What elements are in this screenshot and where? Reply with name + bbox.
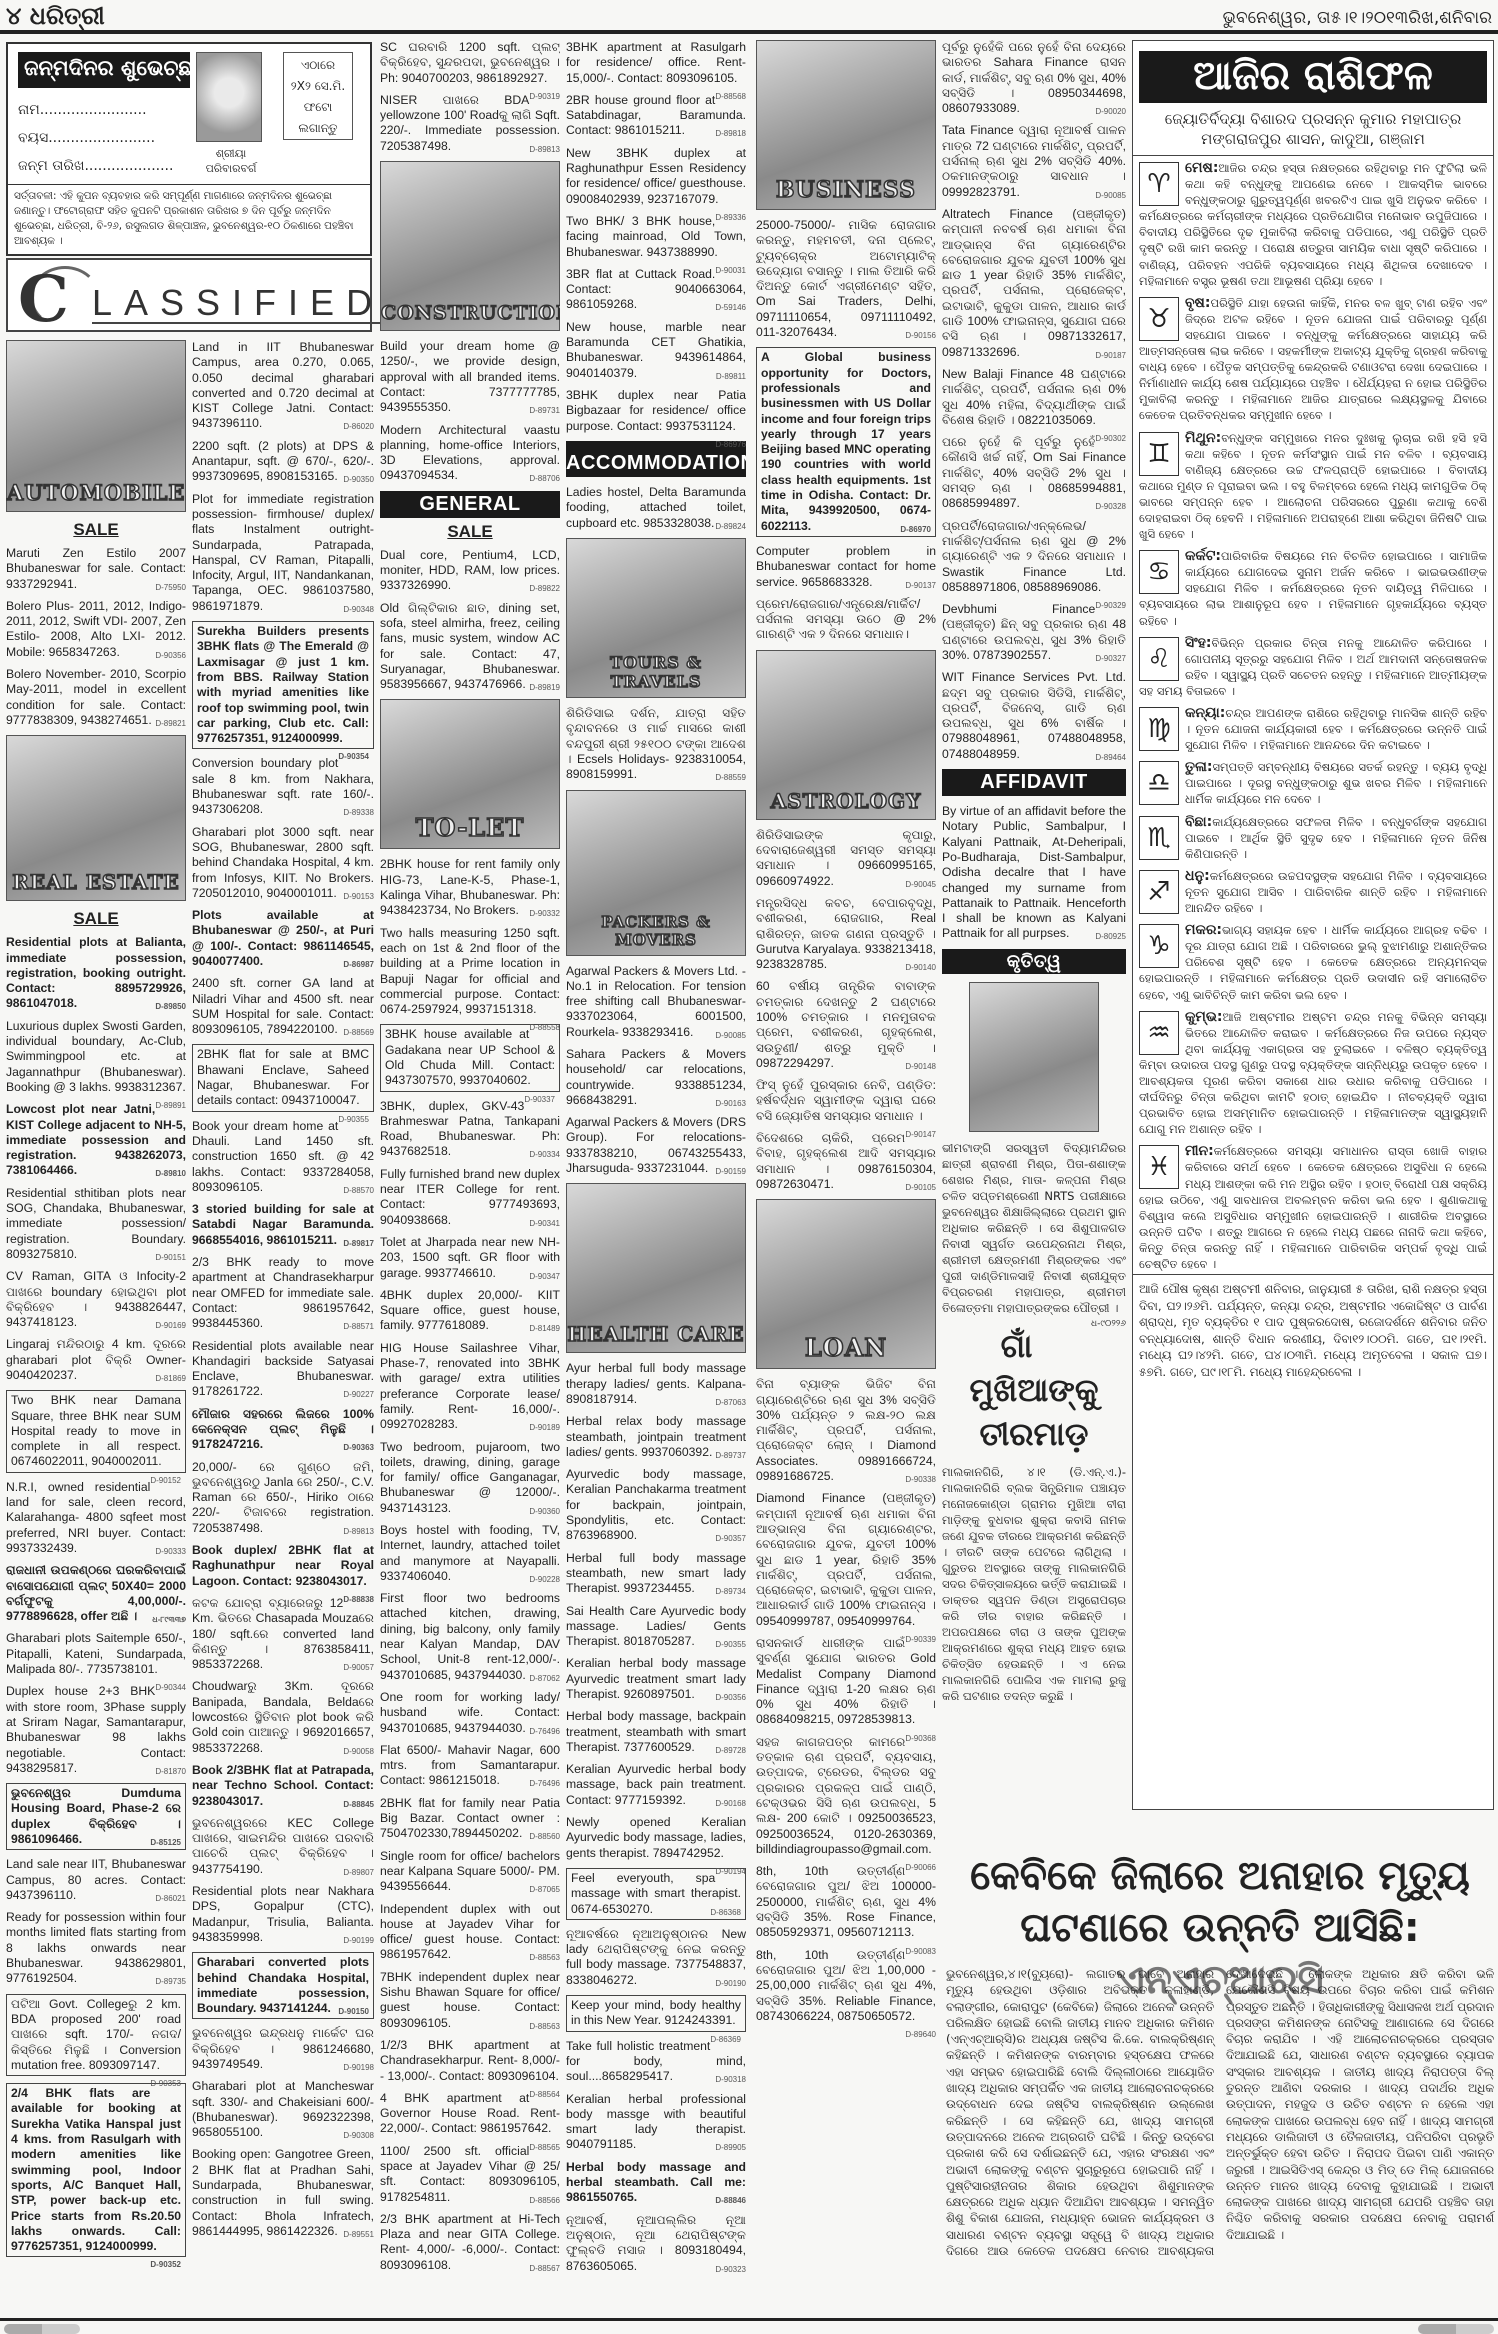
classified-ad: Residential plots at Balianta, immediate… xyxy=(6,935,186,1011)
ad-code: D-88845 xyxy=(343,1797,374,1812)
classified-ad: Two BHK near Damana Square, three BHK ne… xyxy=(6,1390,186,1472)
classified-ad: CV Raman, GITA ଓ Infocity-2 ପାଖରେ bounda… xyxy=(6,1269,186,1330)
ad-text: Plot for immediate registration possessi… xyxy=(192,492,374,613)
ad-code: D-89811 xyxy=(716,369,746,384)
name-field: ନାମ........................ xyxy=(18,102,147,118)
ad-code: D-90368 xyxy=(905,1731,936,1746)
ad-text: Two halls measuring 1250 sqft. each on 1… xyxy=(380,926,560,1016)
sign-name: କର୍କଟ: xyxy=(1185,548,1221,564)
health-care-image: HEALTH CARE xyxy=(566,1183,746,1353)
ad-code: D-90341 xyxy=(529,1216,560,1231)
ad-code: D-90328 xyxy=(1095,499,1126,514)
horoscope-list: ♈ମେଷ:ଆଜିର ଚନ୍ଦ୍ର ହସ୍ତା ନକ୍ଷତ୍ରରେ ରହିଥିବା… xyxy=(1133,156,1493,1274)
ad-text: New Balaji Finance 48 ଘଣ୍ଟାରେ ମାର୍କଶିଟ୍,… xyxy=(942,367,1126,427)
ad-code: D-88846 xyxy=(715,2193,746,2208)
classified-ad: Conversion boundary plot sale 8 km. from… xyxy=(192,756,374,817)
loan-ads: ବିନା ବ୍ୟାଙ୍କ ଭିଜିଟ ବିନା ଗ୍ୟାରେଣ୍ଟିରେ ଋଣ … xyxy=(756,1377,936,2024)
ad-code: D-90347 xyxy=(529,1269,560,1284)
ad-code: D-90020 xyxy=(1095,104,1126,119)
classified-ad: Dual core, Pentium4, LCD, moniter, HDD, … xyxy=(380,548,560,594)
ad-code: D-88567 xyxy=(529,2261,560,2276)
sign-name: ମୀନ: xyxy=(1185,1143,1214,1159)
sign-name: ସିଂହ: xyxy=(1185,635,1212,651)
classified-ad: ପରେ ନୁହେଁ କି ପୂର୍ବରୁ ନୁହେଁ କୌଣସି ଖର୍ଚ୍ଚ … xyxy=(942,435,1126,511)
ad-text: A Global business opportunity for Doctor… xyxy=(761,350,931,532)
classified-ad: 25000-75000/- ମାସିକ ରୋଜଗାର କରନ୍ତୁ, ମହମବତ… xyxy=(756,218,936,340)
classified-ad: Sahara Packers & Movers household/ car r… xyxy=(566,1047,746,1108)
ad-code: D-90198 xyxy=(343,2060,374,2075)
classified-ad: Keralian Ayurvedic herbal body massage, … xyxy=(566,1762,746,1808)
ad-code: D-90085 xyxy=(715,1028,746,1043)
ad-code: D-86020 xyxy=(343,419,374,434)
ad-code: D-89640 xyxy=(905,2027,936,2042)
classified-ad: 2/3 BHK ready to move apartment at Chand… xyxy=(192,1255,374,1331)
classified-ad: Surekha Builders presents 3BHK flats @ T… xyxy=(192,621,374,749)
classified-ad: 7BHK independent duplex near Sishu Bhawa… xyxy=(380,1970,560,2031)
ad-code: D-89813 xyxy=(529,142,560,157)
ad-code: D-90318 xyxy=(715,2072,746,2087)
ad-code: D-90319 xyxy=(529,89,560,104)
classified-ad: Residential plots near Nakhara DPS, Gopa… xyxy=(192,1884,374,1945)
ad-code: D-88570 xyxy=(343,1183,374,1198)
ad-code: D-88558 xyxy=(529,1020,560,1035)
classified-ad: Bolero Plus- 2011, 2012, Indigo- 2011, 2… xyxy=(6,599,186,660)
classified-ad: ସହଜ କାଗଜପତ୍ର କାମରେ ତତ୍କାଳ ଋଣ ପ୍ରପର୍ଟି, ବ… xyxy=(756,1735,936,1857)
ad-code: D-88564 xyxy=(529,2087,560,2102)
sign-prediction: ବନ୍ଧୁଙ୍କ ସମ୍ମୁଖରେ ମନର ଦୁଃଖକୁ ଲୁଚାଇ ରଖି ହ… xyxy=(1139,431,1487,542)
sign-name: ମିଥୁନ: xyxy=(1185,430,1221,446)
business-ads: 25000-75000/- ମାସିକ ରୋଜଗାର କରନ୍ତୁ, ମହମବତ… xyxy=(756,218,936,643)
classified-ad: Residential plots available near Khandag… xyxy=(192,1339,374,1400)
ad-text: Booking open: Gangotree Green, 2 BHK fla… xyxy=(192,2147,374,2237)
ad-text: ପ୍ରେମ/ରୋଜଗାର/ଏନ୍ତ୍ରେକ୍ଷ/ମାର୍କିଟ/ପର୍ସନାଲ … xyxy=(756,597,936,642)
ad-code: D-90085 xyxy=(1095,188,1126,203)
classified-ad: First floor two bedrooms attached kitche… xyxy=(380,1591,560,1683)
horoscope-sign: ♑ମକର:ଭାଗ୍ୟ ସହାୟକ ହେବ । ଧାର୍ମିକ କାର୍ଯ୍ୟରେ… xyxy=(1133,918,1493,1004)
ad-code: D-89819 xyxy=(529,680,560,695)
column-4: 3BHK apartment at Rasulgarh for residenc… xyxy=(566,40,746,2315)
construction-ads: Build your dream home @ 1250/-, we provi… xyxy=(380,339,560,484)
horoscope-sign: ♒କୁମ୍ଭ:ଆଜି ଅଷ୍ଟମୀର ଅଷ୍ଟମ ଚନ୍ଦ୍ର ମନକୁ ବିଭ… xyxy=(1133,1005,1493,1140)
ad-code: D-90153 xyxy=(343,889,374,904)
classified-ad: Land sale near IIT, Bhubaneswar Campus, … xyxy=(6,1857,186,1903)
classified-ad: SC ଘରବାରି 1200 sqft. ପ୍ଲଟ୍ ବିକ୍ରିହେବ, ସୁ… xyxy=(380,40,560,86)
classified-ad: 1/2/3 BHK apartment at Chandrasekharpur.… xyxy=(380,2038,560,2084)
ad-code: D-88559 xyxy=(715,770,746,785)
classified-ad: 2/3 BHK apartment at Hi-Tech Plaza and n… xyxy=(380,2212,560,2273)
ad-code: D-76496 xyxy=(529,1724,560,1739)
classified-ad: Ladies hostel, Delta Baramunda fooding, … xyxy=(566,485,746,531)
classified-ad: Old ଗିଲ୍ଟିକାର ଛାତ, dining set, sofa, ste… xyxy=(380,601,560,693)
horoscope-sign: ♊ମିଥୁନ:ବନ୍ଧୁଙ୍କ ସମ୍ମୁଖରେ ମନର ଦୁଃଖକୁ ଲୁଚା… xyxy=(1133,426,1493,545)
classified-ad: 60 ବର୍ଷୀୟ ତାନ୍ତ୍ରିକ ବାବାଙ୍କ ଚମତ୍କାର ଦେଖନ… xyxy=(756,979,936,1071)
zodiac-icon: ♐ xyxy=(1139,870,1179,914)
ad-code: D-86976 xyxy=(715,437,746,452)
ad-code: D-89464 xyxy=(1095,750,1126,765)
to-let-ads: 2BHK house for rent family only HIG-73, … xyxy=(380,857,560,2273)
ad-code: D-89810 xyxy=(155,1166,186,1181)
classified-ad: Herbal body massage, backpain treatment,… xyxy=(566,1709,746,1755)
ad-code: D-86970 xyxy=(900,522,931,537)
classified-ad: 2/4 BHK flats are available for booking … xyxy=(6,2083,186,2257)
baby-photo xyxy=(196,52,262,142)
classified-ad: Computer problem in Bhubaneswar contact … xyxy=(756,544,936,590)
classified-ad: Lingaraj ମନ୍ଦିରଠାରୁ 4 km. ଦୂରରେ gharabar… xyxy=(6,1337,186,1383)
ad-code: D-89735 xyxy=(155,1974,186,1989)
ad-code: D-76496 xyxy=(529,1776,560,1791)
ad-text: New 3BHK duplex at Raghunathpur Essen Re… xyxy=(566,146,746,206)
ad-code: D-90357 xyxy=(715,1531,746,1546)
ad-code: D-89734 xyxy=(715,1584,746,1599)
classified-ad: Lowcost plot near Jatni, KIST College ad… xyxy=(6,1102,186,1178)
ad-text: ପ୍ରପର୍ଟି/ରୋଜଗାର/ଏନ୍‌କ୍ଲେଭ/ମାର୍କଶିଟ୍/ପର୍ସ… xyxy=(942,519,1126,594)
ad-text: Duplex house 2+3 BHK with store room, 3P… xyxy=(6,1684,186,1774)
ad-code: D-90356 xyxy=(715,1690,746,1705)
classified-ad: Maruti Zen Estilo 2007 Bhubaneswar for s… xyxy=(6,546,186,592)
ad-text: Surekha Builders presents 3BHK flats @ T… xyxy=(197,624,369,745)
ad-code: D-90308 xyxy=(343,2128,374,2143)
photo-placeholder-box: ଏଠାରେ ୨X୨ ସେ.ମି. ଫଟୋ ଲଗାନ୍ତୁ xyxy=(283,52,353,140)
classified-ad: WIT Finance Services Pvt. Ltd. ଛଦ୍ମ ସବୁ … xyxy=(942,670,1126,762)
classified-ad: New Balaji Finance 48 ଘଣ୍ଟାରେ ମାର୍କଶିଟ୍,… xyxy=(942,367,1126,428)
automobile-ads: Maruti Zen Estilo 2007 Bhubaneswar for s… xyxy=(6,546,186,728)
ad-code: D-89551 xyxy=(343,2227,374,2242)
masthead: ୪ ଧରିତ୍ରୀ ଭୁବନେଶ୍ୱର, ତା୫।୧।୨୦୧୩ରିଖ,ଶନିବା… xyxy=(0,0,1498,32)
classified-ad: Single room for office/ bachelors near K… xyxy=(380,1849,560,1895)
ad-code: D-90137 xyxy=(905,578,936,593)
classified-ad: Newly opened Keralian Ayurvedic body mas… xyxy=(566,1815,746,1861)
classified-ad: ଭୁବନେଶ୍ୱରରେ KEC College ପାଖରେ, ସାଇମନ୍ଦିର… xyxy=(192,1816,374,1877)
ad-text: 3BHK apartment at Rasulgarh for residenc… xyxy=(566,40,746,85)
ad-code: D-87062 xyxy=(529,1671,560,1686)
ad-code: D-90352 xyxy=(150,2257,181,2272)
ad-text: Gharabari plots Saitemple 650/-, Pitapal… xyxy=(6,1631,186,1676)
classified-ad: Build your dream home @ 1250/-, we provi… xyxy=(380,339,560,415)
age-field: ବୟସ........................ xyxy=(18,130,155,146)
ad-text: Book duplex/ 2BHK flat at Raghunathpur n… xyxy=(192,1543,374,1588)
ad-code: D-88563 xyxy=(529,1950,560,1965)
ad-code: D-88563 xyxy=(529,2019,560,2034)
achievement-text: ଭୀମଟାଙ୍ଗି ସରସ୍ୱତୀ ବିଦ୍ୟାମନ୍ଦିରର ଛାତ୍ରୀ ଶ… xyxy=(942,1140,1126,1316)
sign-prediction: ଆଜିର ଚନ୍ଦ୍ର ହସ୍ତା ନକ୍ଷତ୍ରରେ ରହିଥିବାରୁ ମନ… xyxy=(1139,161,1487,288)
ad-code: D-90350 xyxy=(343,472,374,487)
classified-ad: Tolet at Jharpada near new NH-203, 1500 … xyxy=(380,1235,560,1281)
health-ads: Ayur herbal full body massage therapy la… xyxy=(566,1361,746,2273)
classified-ad: Gharabari plot 3000 sqft. near SOG, Bhub… xyxy=(192,825,374,901)
photo-caption: ଶ୍ରୀୟା ପରିବାରବର୍ଗ xyxy=(196,146,266,176)
ad-code: D-88569 xyxy=(343,1025,374,1040)
dateline: ଭୁବନେଶ୍ୱର, ତା୫।୧।୨୦୧୩ରିଖ,ଶନିବାର xyxy=(1223,8,1492,28)
ad-code: D-90337 xyxy=(524,1092,555,1107)
classified-ad: Gharabari plot at Mancheswar sqft. 330/-… xyxy=(192,2079,374,2140)
classified-ad: 8th, 10th ଉତ୍ତୀର୍ଣ୍ଣ ବେରୋଜଗାର ପୁଅ/ ଝିଅ 1… xyxy=(756,1948,936,2024)
real-estate-image: REAL ESTATE xyxy=(6,735,186,901)
coupon-terms: ସର୍ତ୍ତାବଳୀ: ଏହି କୁପନ ବ୍ୟବହାର କରି ସମ୍ପୂର୍… xyxy=(8,184,370,253)
horoscope-sign: ♌ସିଂହ:ବିଭିନ୍ନ ପ୍ରକାର ଚିନ୍ତା ମନକୁ ଆନ୍ଦୋଳି… xyxy=(1133,631,1493,701)
classified-ad: Herbal full body massage steambath, new … xyxy=(566,1551,746,1597)
ad-code: D-90187 xyxy=(1095,348,1126,363)
column-1: AUTOMOBILE SALE Maruti Zen Estilo 2007 B… xyxy=(6,340,186,2315)
classified-ad: 2BHK flat for sale at BMC Bhawani Enclav… xyxy=(192,1044,374,1111)
ad-code: D-89817 xyxy=(343,1236,374,1251)
classified-ad: Ready for possession within four months … xyxy=(6,1910,186,1986)
village-news-headline: ଗାଁ ମୁଖିଆଙ୍କୁ ତୀରମାଡ଼ xyxy=(942,1324,1126,1456)
sign-name: କନ୍ୟା: xyxy=(1185,705,1225,721)
ad-code: D-90339 xyxy=(905,1632,936,1647)
tours-ads: ଶିରିଡିସାଇ ଦର୍ଶନ, ଯାତ୍ରା ସହିତ ବୃନ୍ଦାବନରେ … xyxy=(566,706,746,782)
classified-ad: Residential sthitiban plots near SOG, Ch… xyxy=(6,1186,186,1262)
ad-code: D-86368 xyxy=(710,1905,741,1920)
real-estate-ads-2: Land in IIT Bhubaneswar Campus, area 0.2… xyxy=(192,340,374,2239)
ad-text: 3BHK duplex near Patia Bigbazaar for res… xyxy=(566,388,746,433)
column-5: BUSINESS 25000-75000/- ମାସିକ ରୋଜଗାର କରନ୍… xyxy=(756,40,936,2315)
ad-code: D-90363 xyxy=(343,1440,374,1455)
ad-text: ସହଜ କାଗଜପତ୍ର କାମରେ ତତ୍କାଳ ଋଣ ପ୍ରପର୍ଟି, ବ… xyxy=(756,1735,936,1856)
ad-code: D-90353 xyxy=(150,2076,181,2091)
ad-text: 25000-75000/- ମାସିକ ରୋଜଗାର କରନ୍ତୁ, ମହମବତ… xyxy=(756,218,936,339)
classified-ad: Choudwarରୁ 3Km. ଦୂରରେ Banipada, Bandala,… xyxy=(192,1679,374,1755)
tours-image: TOURS & TRAVELS xyxy=(566,538,746,698)
ad-code: D-88560 xyxy=(529,1829,560,1844)
ad-code: D-90045 xyxy=(905,877,936,892)
horoscope-sign: ♎ତୁଳା:ସମ୍ପତ୍ତି ସମ୍ବନ୍ଧୀୟ ବିଷୟରେ ସତର୍କ ରହ… xyxy=(1133,755,1493,809)
ad-code: D-90355 xyxy=(338,1112,369,1127)
classified-ad: Modern Architectural vaastu planning, ho… xyxy=(380,423,560,484)
sign-name: ବୃଷ: xyxy=(1185,295,1210,311)
dob-field: ଜନ୍ମ ତାରିଖ.................... xyxy=(18,158,173,174)
classified-ad: Altratech Finance (ପଞ୍ଜୀକୃତ) କମ୍ପାନୀ ନବବ… xyxy=(942,207,1126,360)
classified-ad: Agarwal Packers & Movers Ltd. - No.1 in … xyxy=(566,964,746,1040)
ad-text: Luxurious duplex Swosti Garden, individu… xyxy=(6,1019,186,1094)
classified-ad: କଟକ ଯୋବ୍ରା ବ୍ୟାରେଜରୁ 12 Km. ଭିତରେ Chasap… xyxy=(192,1596,374,1672)
classified-word: LASSIFIED xyxy=(92,284,384,324)
horoscope-sign: ♐ଧନୁ:କର୍ମକ୍ଷେତ୍ରରେ ଉଚ୍ଚପଦସ୍ଥଙ୍କ ସହଯୋଗ ମି… xyxy=(1133,864,1493,918)
classified-ad: Plots available at Bhubaneswar @ 250/-, … xyxy=(192,908,374,969)
classified-ad: Herbal relax body massage steambath, joi… xyxy=(566,1414,746,1460)
ad-code: D-90152 xyxy=(150,1473,181,1488)
classified-ad: Keralian herbal body massage Ayurvedic t… xyxy=(566,1656,746,1702)
sign-prediction: ଆଜି ଅଷ୍ଟମୀର ଅଷ୍ଟମ ଚନ୍ଦ୍ର ମନକୁ ବିଭିନ୍ନ ସମ… xyxy=(1139,1010,1487,1137)
ad-code: D-90228 xyxy=(529,1572,560,1587)
page-marker-left xyxy=(4,2324,80,2334)
classified-ad: A Global business opportunity for Doctor… xyxy=(756,347,936,537)
ad-code: D-90329 xyxy=(1095,598,1126,613)
ad-code: D-88838 xyxy=(343,1592,374,1607)
ad-text: Two BHK near Damana Square, three BHK ne… xyxy=(11,1393,181,1468)
finance-ads: ପୂର୍ବରୁ ନୁହେଁକି ପରେ ନୁହେଁ ବିନା ଦେୟରେ ଭାର… xyxy=(942,40,1126,762)
ad-code: D-89728 xyxy=(715,1743,746,1758)
column-6: ପୂର୍ବରୁ ନୁହେଁକି ପରେ ନୁହେଁ ବିନା ଦେୟରେ ଭାର… xyxy=(942,40,1126,1840)
business-image: BUSINESS xyxy=(756,40,936,210)
classified-ad: Fully furnished brand new duplex near IT… xyxy=(380,1167,560,1228)
ad-text: ଫିସ୍ ନୁହେଁ ପୁରସ୍କାର ନେବି, ପଣ୍ଡିତ: ହର୍ଷବର… xyxy=(756,1078,936,1123)
ad-code: D-85125 xyxy=(150,1835,181,1850)
classified-ad: 2BHK house for rent family only HIG-73, … xyxy=(380,857,560,918)
ad-code: D-90031 xyxy=(715,263,746,278)
affidavit-notice: By virtue of an affidavit before the Not… xyxy=(942,804,1126,942)
classified-ad: ରାସନକାର୍ଡ ଧାରୀଙ୍କ ପାଇଁ ସୁବର୍ଣ୍ଣ ସୁଯୋଗ ଭା… xyxy=(756,1636,936,1728)
ad-text: HIG House Sailashree Vihar, Phase-7, ren… xyxy=(380,1341,560,1431)
ad-code: D-86369 xyxy=(710,2032,741,2047)
horoscope-sign: ♉ବୃଷ:ପରିସ୍ଥିତି ଯାହା ହେଉନା କାହିଁକି, ମନର ବ… xyxy=(1133,291,1493,426)
ad-code: D-90332 xyxy=(529,906,560,921)
ad-code: D-90302 xyxy=(1095,431,1126,446)
ad-code: D-90333 xyxy=(155,1544,186,1559)
sale-heading-2: SALE xyxy=(6,909,186,929)
ad-text: ପଟିଆ Govt. Collegeରୁ 2 km. BDA proposed … xyxy=(11,1997,181,2072)
ad-code: D-89824 xyxy=(715,519,746,534)
ad-code: D-90344 xyxy=(155,1680,186,1695)
ad-code: D-86987 xyxy=(343,957,374,972)
classified-ad: Bolero November- 2010, Scorpio May-2011,… xyxy=(6,667,186,728)
sign-name: ବିଛା: xyxy=(1185,814,1212,830)
classified-ad: Land in IIT Bhubaneswar Campus, area 0.2… xyxy=(192,340,374,432)
ad-text: 2/4 BHK flats are available for booking … xyxy=(11,2086,181,2253)
ad-code: D-88566 xyxy=(529,2193,560,2208)
classified-ad: Booking open: Gangotree Green, 2 BHK fla… xyxy=(192,2147,374,2239)
sign-prediction: ଚନ୍ଦ୍ର ଆପଣଙ୍କ ରାଶିରେ ରହିଥିବାରୁ ମାନସିକ ଶା… xyxy=(1185,706,1487,752)
ad-text: Altratech Finance (ପଞ୍ଜୀକୃତ) କମ୍ପାନୀ ନବବ… xyxy=(942,207,1126,359)
construction-image: CONSTRUCTION xyxy=(380,161,560,331)
classified-ad: ପ୍ରେମ/ରୋଜଗାର/ଏନ୍ତ୍ରେକ୍ଷ/ମାର୍କିଟ/ପର୍ସନାଲ … xyxy=(756,597,936,643)
sign-prediction: ସମ୍ପତ୍ତି ସମ୍ବନ୍ଧୀୟ ବିଷୟରେ ସତର୍କ ରହନ୍ତୁ ।… xyxy=(1185,760,1487,806)
ad-code: D-89737 xyxy=(715,1448,746,1463)
ad-code: D-89891 xyxy=(155,1098,186,1113)
ad-text: Land in IIT Bhubaneswar Campus, area 0.2… xyxy=(192,340,374,430)
ad-text: WIT Finance Services Pvt. Ltd. ଛଦ୍ମ ସବୁ … xyxy=(942,670,1126,760)
classified-ad: 2BHK flat for family near Patia Big Baza… xyxy=(380,1796,560,1842)
ad-text: Old ଗିଲ୍ଟିକାର ଛାତ, dining set, sofa, ste… xyxy=(380,601,560,691)
ad-code: D-90151 xyxy=(155,1250,186,1265)
ad-code: D-89338 xyxy=(343,805,374,820)
classified-ad: Gharabari plots Saitemple 650/-, Pitapal… xyxy=(6,1631,186,1677)
ad-code: D-90169 xyxy=(155,1318,186,1333)
classified-ad: ପୂର୍ବରୁ ନୁହେଁକି ପରେ ନୁହେଁ ବିନା ଦେୟରେ ଭାର… xyxy=(942,40,1126,116)
classified-banner: C LASSIFIED xyxy=(6,258,372,332)
ad-text: ବିନା ବ୍ୟାଙ୍କ ଭିଜିଟ ବିନା ଗ୍ୟାରେଣ୍ଟିରେ ଋଣ … xyxy=(756,1377,936,1483)
ad-code: D-90323 xyxy=(715,2262,746,2277)
packers-image: PACKERS & MOVERS xyxy=(566,790,746,956)
ad-code: D-89818 xyxy=(715,126,746,141)
classified-ad: Plot for immediate registration possessi… xyxy=(192,492,374,614)
zodiac-icon: ♑ xyxy=(1139,924,1179,968)
ad-code: D-90199 xyxy=(343,1933,374,1948)
zodiac-icon: ♓ xyxy=(1139,1145,1179,1189)
classified-ad: ନୂଆବର୍ଷରେ ନୂଆଅନୁଷ୍ଠାନର New lady ଥେରାପିଷ୍… xyxy=(566,1927,746,1988)
ad-code: D-87063 xyxy=(715,1395,746,1410)
packers-ads: Agarwal Packers & Movers Ltd. - No.1 in … xyxy=(566,964,746,1177)
ad-code: D-90327 xyxy=(1095,651,1126,666)
classified-ad: Gharabari converted plots behind Chandak… xyxy=(192,1952,374,2019)
classified-ad: Sai Health Care Ayurvedic body massage. … xyxy=(566,1604,746,1650)
classified-ad: Independent duplex with out house at Jay… xyxy=(380,1902,560,1963)
classified-ad: ବିନା ବ୍ୟାଙ୍କ ଭିଜିଟ ବିନା ଗ୍ୟାରେଣ୍ଟିରେ ଋଣ … xyxy=(756,1377,936,1484)
ad-code: D-88706 xyxy=(529,471,560,486)
classified-ad: Book duplex/ 2BHK flat at Raghunathpur n… xyxy=(192,1543,374,1589)
classified-ad: 3 storied building for sale at Satabdi N… xyxy=(192,1202,374,1248)
ad-code: D-89822 xyxy=(529,581,560,596)
birthday-coupon: ଜନ୍ମଦିନର ଶୁଭେଚ୍ଛା ନାମ...................… xyxy=(6,42,372,256)
zodiac-icon: ♌ xyxy=(1139,637,1179,681)
horoscope-panel: ଆଜିର ରାଶିଫଳ ଜ୍ୟୋତିର୍ବିଦ୍ୟା ବିଶାରଦ ପ୍ରସନ୍… xyxy=(1132,40,1494,1810)
automobile-image: AUTOMOBILE xyxy=(6,340,186,512)
ad-code: D-89731 xyxy=(529,403,560,418)
ad-code: D-90354 xyxy=(338,749,369,764)
classified-ad: New house, marble near Baramunda CET Gha… xyxy=(566,320,746,381)
column-3: SC ଘରବାରି 1200 sqft. ପ୍ଲଟ୍ ବିକ୍ରିହେବ, ସୁ… xyxy=(380,40,560,2315)
ad-code: D-81870 xyxy=(155,1764,186,1779)
sign-prediction: କର୍ମକ୍ଷେତ୍ରରେ ସମସ୍ୟା ସମାଧାନର ରାସ୍ତା ଖୋଜି… xyxy=(1139,1144,1487,1271)
horoscope-sign: ♏ବିଛା:କାର୍ଯ୍ୟକ୍ଷେତ୍ରରେ ସଫଳତା ମିଳିବ । ବନ୍… xyxy=(1133,810,1493,864)
ad-code: D-90360 xyxy=(529,1504,560,1519)
ad-text: 1/2/3 BHK apartment at Chandrasekharpur.… xyxy=(380,2038,560,2083)
ad-text: 2BHK flat for sale at BMC Bhawani Enclav… xyxy=(197,1047,369,1107)
accommodation-ads: Ladies hostel, Delta Baramunda fooding, … xyxy=(566,485,746,531)
ad-code: D-90227 xyxy=(343,1387,374,1402)
classified-ad: N.R.I, owned residential land for sale, … xyxy=(6,1480,186,1556)
sign-prediction: ପରିସ୍ଥିତି ଯାହା ହେଉନା କାହିଁକି, ମନର ବଳ ଖୁବ… xyxy=(1139,296,1487,423)
real-estate-ads: Residential plots at Balianta, immediate… xyxy=(6,935,186,2257)
astrologer-credit: ଜ୍ୟୋତିର୍ବିଦ୍ୟା ବିଶାରଦ ପ୍ରସନ୍ନ କୁମାର ମହାପ… xyxy=(1133,103,1493,156)
classified-ad: Agarwal Packers & Movers (DRS Group). Fo… xyxy=(566,1115,746,1176)
classified-ad: ଭୁବନେଶ୍ୱର Dumduma Housing Board, Phase-2… xyxy=(6,1783,186,1850)
classified-ad: Boys hostel with fooding, TV, Internet, … xyxy=(380,1523,560,1584)
to-let-image: TO-LET xyxy=(380,699,560,849)
bottom-rule xyxy=(0,2318,1498,2321)
classified-ad: ଫିସ୍ ନୁହେଁ ପୁରସ୍କାର ନେବି, ପଣ୍ଡିତ: ହର୍ଷବର… xyxy=(756,1078,936,1124)
ad-code: D-89807 xyxy=(343,1865,374,1880)
classified-ad: New 3BHK duplex at Raghunathpur Essen Re… xyxy=(566,146,746,207)
classified-ad: ମୌଜାର ସହରରେ ଲିଜରେ 100% କେନେକ୍ସନ ପ୍ଲଟ୍ ମି… xyxy=(192,1407,374,1453)
sale-heading: SALE xyxy=(6,520,186,540)
classified-ad: Keep your mind, body healthy in this New… xyxy=(566,1995,746,2032)
ad-code: D-90189 xyxy=(529,1420,560,1435)
ad-code: D-90148 xyxy=(905,1059,936,1074)
classified-ad: Luxurious duplex Swosti Garden, individu… xyxy=(6,1019,186,1095)
sign-name: କୁମ୍ଭ: xyxy=(1185,1009,1222,1025)
ad-text: SC ଘରବାରି 1200 sqft. ପ୍ଲଟ୍ ବିକ୍ରିହେବ, ସୁ… xyxy=(380,40,560,85)
ad-code: D-75950 xyxy=(155,580,186,595)
zodiac-icon: ♉ xyxy=(1139,297,1179,341)
student-photo xyxy=(969,982,1099,1132)
village-news-body: ମାଲକାନଗିରି, ୪।୧ (ଡି.ଏନ୍.ଏ.)- ମାଲକାନଗିରି … xyxy=(942,1464,1126,1704)
ad-text: ରାସନକାର୍ଡ ଧାରୀଙ୍କ ପାଇଁ ସୁବର୍ଣ୍ଣ ସୁଯୋଗ ଭା… xyxy=(756,1636,936,1726)
classified-ad: Flat 6500/- Mahavir Nagar, 600 mtrs. fro… xyxy=(380,1743,560,1789)
classified-ad: Keralian herbal professional body massge… xyxy=(566,2092,746,2153)
classified-ad: 8th, 10th ଉତ୍ତୀର୍ଣ୍ଣ ବେରୋଜଗାର ପୁଅ/ ଝିଅ 1… xyxy=(756,1864,936,1940)
classified-ad: ମନ୍ତ୍ରସିଦ୍ଧ କବଚ, ବେପାରବୃଦ୍ଧି, ବଶୀକରଣ, ରୋ… xyxy=(756,896,936,972)
sign-prediction: କର୍ମକ୍ଷେତ୍ରରେ ଉଚ୍ଚପଦସ୍ଥଙ୍କ ସହଯୋଗ ମିଳିବ ।… xyxy=(1185,869,1487,915)
classified-ad: 2400 sft. corner GA land at Niladri Viha… xyxy=(192,976,374,1037)
classified-ad: 3BHK duplex near Patia Bigbazaar for res… xyxy=(566,388,746,434)
page-marker-right xyxy=(1418,2324,1494,2334)
zodiac-icon: ♏ xyxy=(1139,816,1179,860)
classified-ad: ଭୁବନେଶ୍ୱର ଇନ୍ଦ୍ରଧନୁ ମାର୍କେଟ ଘର ବିକ୍ରିହେବ… xyxy=(192,2026,374,2072)
astrology-ads: ଶିରିଡିସାଇଙ୍କ କୃପାରୁ, ଦେବାରାଜେଶ୍ୱରୀ ସମସ୍ତ… xyxy=(756,828,936,1193)
classified-ad: 20,000/- ରେ ଗୁଣ୍ଠେ ଜମି, ଭୁବନେଶ୍ୱରଠୁ Janl… xyxy=(192,1460,374,1536)
classified-ad: 3BHK apartment at Rasulgarh for residenc… xyxy=(566,40,746,86)
classified-ad: Herbal body massage and herbal steambath… xyxy=(566,2160,746,2206)
ad-code: D-89821 xyxy=(155,716,186,731)
ad-code: D-88568 xyxy=(715,89,746,104)
top-rule xyxy=(0,30,1498,34)
classified-ad: Two halls measuring 1250 sqft. each on 1… xyxy=(380,926,560,1018)
general-sale-heading: SALE xyxy=(380,522,560,542)
zodiac-icon: ♍ xyxy=(1139,707,1179,751)
classified-ad: ନୂଆବର୍ଷ, ନୂଆପଲ୍ଲିର ନୂଆ ଅନୁଷ୍ଠାନ, ନୂଆ ଥେର… xyxy=(566,2213,746,2274)
horoscope-title: ଆଜିର ରାଶିଫଳ xyxy=(1139,51,1487,103)
classified-ad: ପ୍ରପର୍ଟି/ରୋଜଗାର/ଏନ୍‌କ୍ଲେଭ/ମାର୍କଶିଟ୍/ପର୍ସ… xyxy=(942,519,1126,595)
